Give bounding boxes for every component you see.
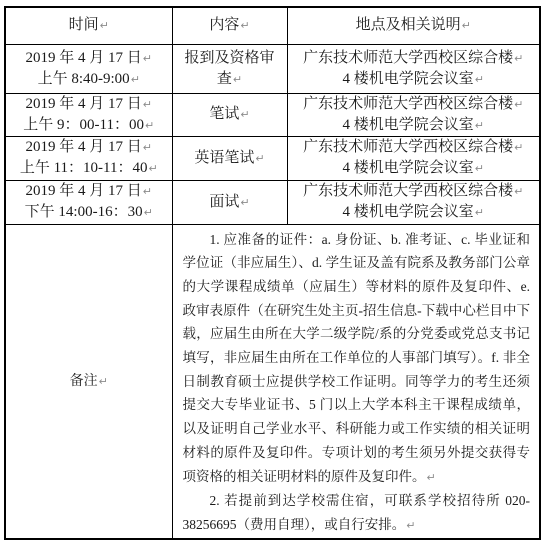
schedule-row: 2019 年 4 月 17 日↵ 上午 11：10-11：40↵ 英语笔试↵ 广… bbox=[5, 136, 540, 180]
line-break-mark-icon: ↵ bbox=[255, 152, 264, 165]
content-text: 报到及资格审查 bbox=[184, 50, 274, 87]
line-break-mark-icon: ↵ bbox=[233, 73, 242, 86]
remark-paragraph-text: 2. 若提前到达学校需住宿，可联系学校招待所 020-38256695（费用自理… bbox=[183, 493, 531, 532]
time-line: 下午 14:00-16：30↵ bbox=[6, 202, 172, 223]
line-break-mark-icon: ↵ bbox=[427, 471, 436, 484]
time-cell: 2019 年 4 月 17 日↵ 上午 11：10-11：40↵ bbox=[5, 136, 172, 180]
line-break-mark-icon: ↵ bbox=[100, 19, 109, 32]
content-cell: 面试↵ bbox=[172, 180, 287, 224]
line-break-mark-icon: ↵ bbox=[131, 73, 140, 86]
location-line: 广东技术师范大学西校区综合楼↵ bbox=[288, 48, 540, 69]
location-cell: 广东技术师范大学西校区综合楼↵ 4 楼机电学院会议室↵ bbox=[287, 93, 540, 136]
location-cell: 广东技术师范大学西校区综合楼↵ 4 楼机电学院会议室↵ bbox=[287, 136, 540, 180]
date-line: 2019 年 4 月 17 日↵ bbox=[6, 137, 172, 158]
line-break-mark-icon: ↵ bbox=[514, 185, 523, 198]
time-line: 上午 11：10-11：40↵ bbox=[6, 158, 172, 179]
line-break-mark-icon: ↵ bbox=[475, 73, 484, 86]
line-break-mark-icon: ↵ bbox=[148, 162, 157, 175]
content-text: 英语笔试 bbox=[194, 150, 254, 166]
header-cell-content: 内容↵ bbox=[172, 7, 287, 44]
content-cell: 英语笔试↵ bbox=[172, 136, 287, 180]
line-break-mark-icon: ↵ bbox=[475, 162, 484, 175]
location-text: 广东技术师范大学西校区综合楼 bbox=[303, 139, 513, 155]
time-cell: 2019 年 4 月 17 日↵ 上午 9：00-11：00↵ bbox=[5, 93, 172, 136]
content-text: 笔试 bbox=[209, 106, 239, 122]
date-line: 2019 年 4 月 17 日↵ bbox=[6, 181, 172, 202]
content-text: 面试 bbox=[209, 194, 239, 210]
date-text: 2019 年 4 月 17 日 bbox=[26, 139, 142, 155]
line-break-mark-icon: ↵ bbox=[240, 196, 249, 209]
remark-paragraph-text: 1. 应准备的证件：a. 身份证、b. 准考证、c. 毕业证和学位证（非应届生）… bbox=[183, 232, 531, 484]
line-break-mark-icon: ↵ bbox=[143, 185, 152, 198]
header-location-label: 地点及相关说明 bbox=[356, 17, 461, 33]
location-text: 4 楼机电学院会议室 bbox=[343, 117, 474, 133]
header-row: 时间↵ 内容↵ 地点及相关说明↵ bbox=[5, 7, 540, 44]
location-line: 4 楼机电学院会议室↵ bbox=[288, 115, 540, 136]
location-cell: 广东技术师范大学西校区综合楼↵ 4 楼机电学院会议室↵ bbox=[287, 44, 540, 93]
time-line: 上午 9：00-11：00↵ bbox=[6, 115, 172, 136]
location-line: 广东技术师范大学西校区综合楼↵ bbox=[288, 137, 540, 158]
line-break-mark-icon: ↵ bbox=[514, 98, 523, 111]
content-cell: 报到及资格审查↵ bbox=[172, 44, 287, 93]
date-text: 2019 年 4 月 17 日 bbox=[26, 50, 142, 66]
time-text: 上午 8:40-9:00 bbox=[38, 71, 130, 87]
location-text: 4 楼机电学院会议室 bbox=[343, 71, 474, 87]
line-break-mark-icon: ↵ bbox=[475, 119, 484, 132]
location-text: 广东技术师范大学西校区综合楼 bbox=[303, 183, 513, 199]
time-text: 上午 9：00-11：00 bbox=[23, 117, 144, 133]
line-break-mark-icon: ↵ bbox=[240, 19, 249, 32]
remark-text-cell: 1. 应准备的证件：a. 身份证、b. 准考证、c. 毕业证和学位证（非应届生）… bbox=[172, 224, 540, 539]
time-line: 上午 8:40-9:00↵ bbox=[6, 69, 172, 90]
remark-label-cell: 备注↵ bbox=[5, 224, 172, 539]
line-break-mark-icon: ↵ bbox=[475, 206, 484, 219]
date-text: 2019 年 4 月 17 日 bbox=[26, 96, 142, 112]
time-text: 上午 11：10-11：40 bbox=[20, 160, 148, 176]
line-break-mark-icon: ↵ bbox=[462, 19, 471, 32]
schedule-row: 2019 年 4 月 17 日↵ 上午 9：00-11：00↵ 笔试↵ 广东技术… bbox=[5, 93, 540, 136]
time-cell: 2019 年 4 月 17 日↵ 上午 8:40-9:00↵ bbox=[5, 44, 172, 93]
line-break-mark-icon: ↵ bbox=[144, 206, 153, 219]
header-time-label: 时间 bbox=[69, 17, 99, 33]
location-text: 广东技术师范大学西校区综合楼 bbox=[303, 96, 513, 112]
time-text: 下午 14:00-16：30 bbox=[25, 204, 143, 220]
location-text: 广东技术师范大学西校区综合楼 bbox=[303, 50, 513, 66]
location-line: 4 楼机电学院会议室↵ bbox=[288, 158, 540, 179]
header-cell-time: 时间↵ bbox=[5, 7, 172, 44]
location-line: 4 楼机电学院会议室↵ bbox=[288, 69, 540, 90]
schedule-row: 2019 年 4 月 17 日↵ 下午 14:00-16：30↵ 面试↵ 广东技… bbox=[5, 180, 540, 224]
remark-label: 备注 bbox=[70, 374, 98, 389]
line-break-mark-icon: ↵ bbox=[240, 108, 249, 121]
header-content-label: 内容 bbox=[209, 17, 239, 33]
line-break-mark-icon: ↵ bbox=[143, 141, 152, 154]
remark-paragraph: 2. 若提前到达学校需住宿，可联系学校招待所 020-38256695（费用自理… bbox=[183, 489, 531, 537]
date-line: 2019 年 4 月 17 日↵ bbox=[6, 94, 172, 115]
line-break-mark-icon: ↵ bbox=[145, 119, 154, 132]
remark-paragraph: 1. 应准备的证件：a. 身份证、b. 准考证、c. 毕业证和学位证（非应届生）… bbox=[183, 228, 531, 490]
line-break-mark-icon: ↵ bbox=[143, 52, 152, 65]
date-text: 2019 年 4 月 17 日 bbox=[26, 183, 142, 199]
location-line: 广东技术师范大学西校区综合楼↵ bbox=[288, 181, 540, 202]
header-cell-location: 地点及相关说明↵ bbox=[287, 7, 540, 44]
location-text: 4 楼机电学院会议室 bbox=[343, 160, 474, 176]
location-line: 广东技术师范大学西校区综合楼↵ bbox=[288, 94, 540, 115]
remark-row: 备注↵ 1. 应准备的证件：a. 身份证、b. 准考证、c. 毕业证和学位证（非… bbox=[5, 224, 540, 539]
line-break-mark-icon: ↵ bbox=[99, 375, 108, 388]
location-text: 4 楼机电学院会议室 bbox=[343, 204, 474, 220]
schedule-table: 时间↵ 内容↵ 地点及相关说明↵ 2019 年 4 月 17 日↵ 上午 8:4… bbox=[4, 6, 541, 540]
date-line: 2019 年 4 月 17 日↵ bbox=[6, 48, 172, 69]
location-cell: 广东技术师范大学西校区综合楼↵ 4 楼机电学院会议室↵ bbox=[287, 180, 540, 224]
time-cell: 2019 年 4 月 17 日↵ 下午 14:00-16：30↵ bbox=[5, 180, 172, 224]
schedule-row: 2019 年 4 月 17 日↵ 上午 8:40-9:00↵ 报到及资格审查↵ … bbox=[5, 44, 540, 93]
line-break-mark-icon: ↵ bbox=[143, 98, 152, 111]
line-break-mark-icon: ↵ bbox=[514, 52, 523, 65]
content-cell: 笔试↵ bbox=[172, 93, 287, 136]
location-line: 4 楼机电学院会议室↵ bbox=[288, 202, 540, 223]
line-break-mark-icon: ↵ bbox=[514, 141, 523, 154]
line-break-mark-icon: ↵ bbox=[406, 519, 415, 532]
